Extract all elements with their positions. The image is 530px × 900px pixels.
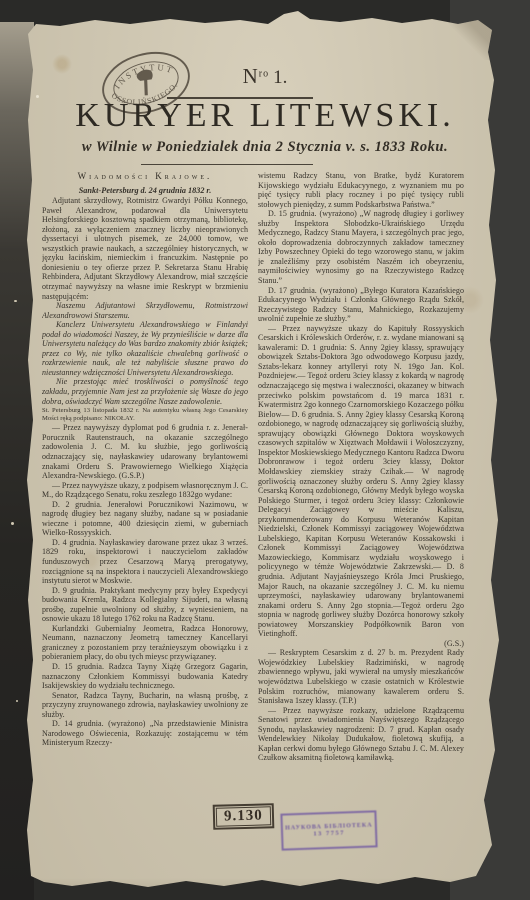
issue-num: 1.	[273, 67, 287, 88]
paragraph: D. 15 grudnia. Radzca Tayny Xiążę Grzego…	[42, 662, 248, 691]
dust-speck	[16, 700, 18, 702]
paragraph: D. 9 grudnia. Praktykant medycyny przy b…	[42, 586, 248, 624]
dateline: w Wilnie w Poniedzialek dnia 2 Stycznia …	[0, 139, 530, 156]
newspaper-page: INSTYTUT OSSOLIŃSKIEGO. Nro 1. KURYER LI…	[0, 0, 530, 900]
paragraph: D. 2 grudnia. Jenerałowi Porucznikowi Na…	[42, 500, 248, 538]
newspaper-title: KURYER LITEWSKI.	[0, 97, 530, 135]
paragraph: — Przez naywyższe ukazy do Kapituły Ross…	[258, 324, 464, 639]
column-left: Wiadomości Krajowe.Sankt-Petersburg d. 2…	[42, 171, 248, 791]
article-columns: Wiadomości Krajowe.Sankt-Petersburg d. 2…	[42, 171, 464, 811]
page-curled-edge	[0, 22, 34, 900]
scan-viewport: INSTYTUT OSSOLIŃSKIEGO. Nro 1. KURYER LI…	[0, 0, 530, 900]
paragraph: D. 15 grudnia. (wyrażono) „W nagrodę dłu…	[258, 209, 464, 285]
column-right: wistemu Radzcy Stanu, von Bratke, bydź K…	[258, 171, 464, 811]
paragraph: D. 4 grudnia. Nayłaskawiey darowane prze…	[42, 538, 248, 586]
paragraph: Kurlandzki Gubernialny Jeometra, Radzca …	[42, 624, 248, 662]
paragraph: — Przez naywyższe ukazy, z podpisem włas…	[42, 481, 248, 500]
paragraph: Senator, Radzca Tayny, Bucharin, na włas…	[42, 691, 248, 720]
section-heading: Wiadomości Krajowe.	[42, 172, 248, 182]
paragraph: Kanclerz Uniwersytetu Alexandrowskiego w…	[42, 320, 248, 377]
accession-number: 9.130	[216, 806, 271, 826]
paragraph: Sankt-Petersburg d. 24 grudnia 1832 r.	[42, 186, 248, 196]
issue-n: N	[243, 64, 259, 88]
rule-under-dateline	[141, 164, 313, 165]
paragraph: St. Petersburg 13 listopada 1832 r. Na a…	[42, 407, 248, 422]
issue-number: Nro 1.	[0, 64, 530, 89]
paragraph: wistemu Radzcy Stanu, von Bratke, bydź K…	[258, 171, 464, 209]
paragraph: (G.S.)	[258, 639, 464, 649]
paragraph: — Reskryptem Cesarskim z d. 27 b. m. Pre…	[258, 648, 464, 705]
issue-sup: ro	[259, 69, 269, 80]
library-stamp: НАУКОВА БІБЛІОТЕКА 13 7757	[280, 810, 377, 850]
dust-speck	[11, 522, 14, 525]
library-stamp-line2: 13 7757	[313, 829, 345, 837]
paragraph: D. 17 grudnia. (wyrażono) „Byłego Kurato…	[258, 286, 464, 324]
dust-speck	[14, 300, 17, 302]
paragraph: — Przez naywyższe rozkazy, udzielone Rzą…	[258, 706, 464, 763]
accession-number-stamp: 9.130	[213, 803, 274, 830]
paragraph: D. 14 grudnia. (wyrażono) „Na przedstawi…	[42, 719, 248, 748]
ink-dot	[36, 95, 39, 98]
paragraph: Naszemu Adjutantowi Skrzydłowemu, Rotmis…	[42, 301, 248, 320]
paragraph: — Przez naywyższy dyplomat pod 6 grudnia…	[42, 423, 248, 480]
paragraph: Adjutant skrzydłowy, Rotmistrz Gwardyi P…	[42, 196, 248, 301]
paragraph: Nie przestojąc mieć troskliwości o pomyś…	[42, 377, 248, 406]
